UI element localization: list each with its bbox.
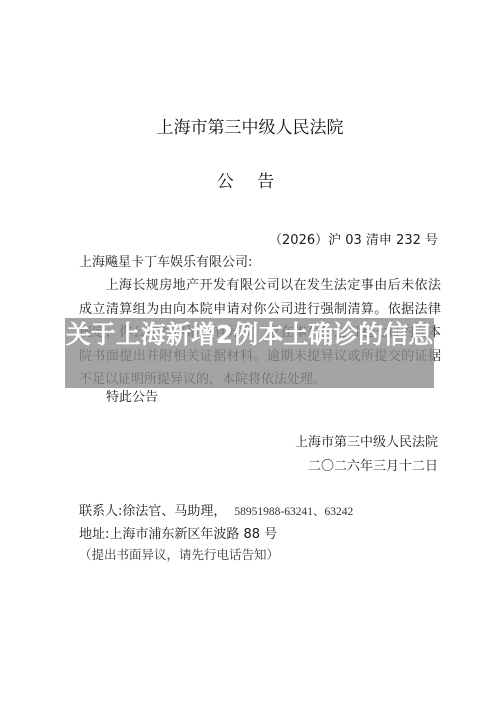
objection-note: （提出书面异议，请先行电话告知） [79, 545, 279, 563]
contact-label: 联系人:徐法官、马助理， [79, 504, 226, 519]
headline-overlay-title[interactable]: 关于上海新增2例本土确诊的信息 [65, 318, 434, 350]
court-name-heading: 上海市第三中级人民法院 [0, 113, 500, 138]
case-number: （2026）沪 03 清申 232 号 [269, 229, 438, 248]
signature-date: 二〇二六年三月十二日 [308, 455, 438, 474]
contact-phones: 58951988-63241、63242 [234, 506, 353, 518]
address-line: 地址:上海市浦东新区年波路 88 号 [79, 523, 277, 542]
notice-title: 公 告 [0, 167, 500, 192]
signature-court: 上海市第三中级人民法院 [295, 431, 438, 450]
addressee: 上海飚星卡丁车娱乐有限公司: [79, 251, 252, 270]
closing-line: 特此公告 [106, 386, 158, 405]
contact-line: 联系人:徐法官、马助理，58951988-63241、63242 [79, 500, 353, 519]
